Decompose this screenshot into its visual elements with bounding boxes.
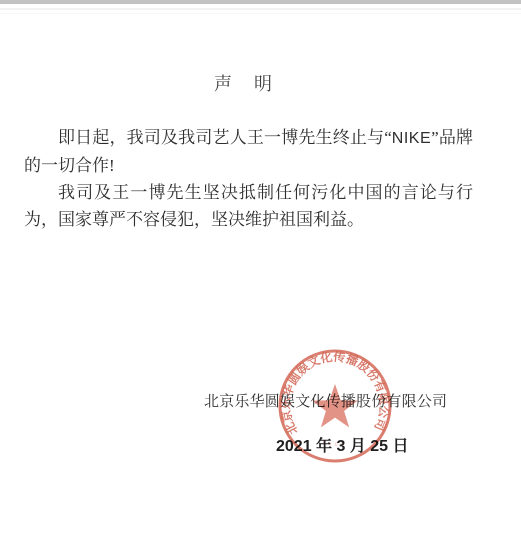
statement-paragraph-1: 即日起，我司及我司艺人王一博先生终止与“NIKE”品牌的一切合作! [24,124,473,179]
statement-body: 即日起，我司及我司艺人王一博先生终止与“NIKE”品牌的一切合作! 我司及王一博… [24,124,473,233]
statement-title: 声 明 [24,70,464,96]
svg-text:1400: 1400 [321,440,349,448]
top-faint-divider-2 [0,13,521,14]
company-seal-stamp: 北京乐华圆娱文化传播股份有限公司 1400 [276,346,394,466]
paragraph-1-pre: 即日起，我司及我司艺人王一博先生终止与“ [58,128,392,147]
statement-paragraph-2: 我司及王一博先生坚决抵制任何污化中国的言论与行为，国家尊严不容侵犯，坚决维护祖国… [24,179,473,233]
top-gray-strip [0,0,521,4]
top-faint-divider [0,8,521,10]
seal-star-icon [312,384,358,427]
brand-name: NIKE [392,130,431,147]
scanned-statement-page: 声 明 即日起，我司及我司艺人王一博先生终止与“NIKE”品牌的一切合作! 我司… [0,0,521,536]
seal-code-text: 1400 [321,440,349,448]
